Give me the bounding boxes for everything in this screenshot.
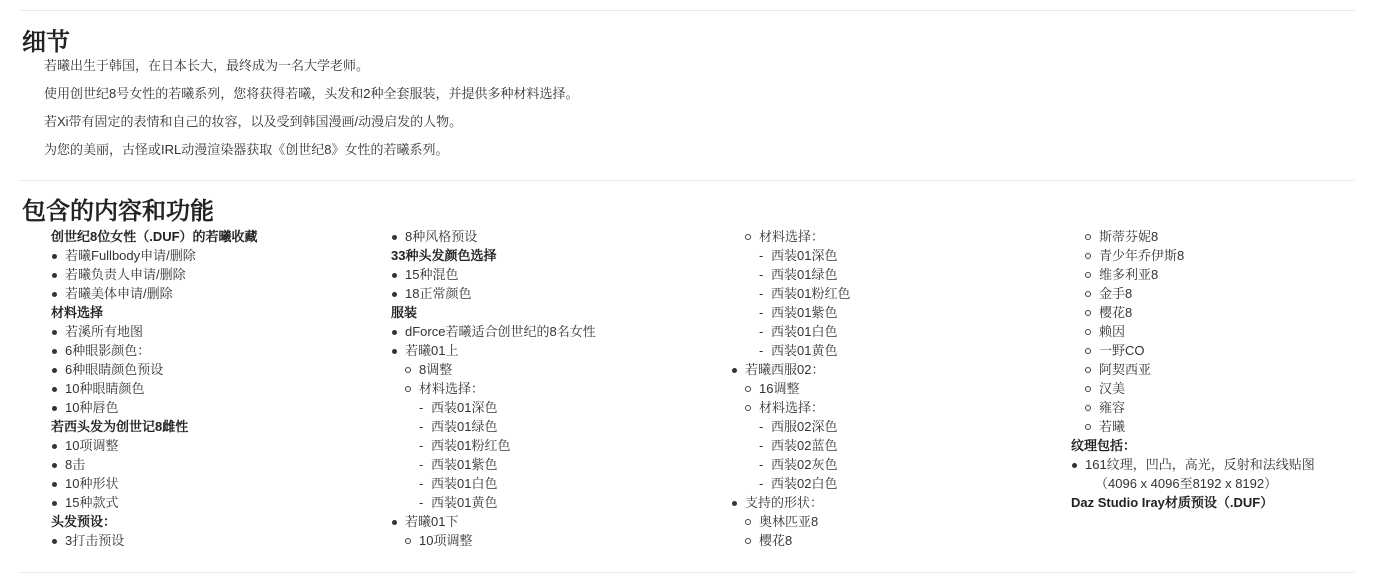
details-paragraph: 为您的美丽，古怪或IRL动漫渲染器获取《创世纪8》女性的若曦系列。 — [44, 141, 448, 159]
list-item: 6种眼睛颜色预设 — [51, 360, 381, 379]
sub-list-item: 樱花8 — [1071, 303, 1371, 322]
details-paragraph: 使用创世纪8号女性的若曦系列，您将获得若曦，头发和2种全套服装，并提供多种材料选… — [44, 85, 578, 103]
dash-list-item: -西装01紫色 — [731, 303, 1061, 322]
list-item: 10种眼睛颜色 — [51, 379, 381, 398]
dash-list-item: -西装01深色 — [391, 398, 721, 417]
sub-list-item: 斯蒂芬妮8 — [1071, 227, 1371, 246]
sub-list-item: 樱花8 — [731, 531, 1061, 550]
dash-marker: - — [759, 284, 763, 303]
dash-item-text: 西装01深色 — [759, 248, 837, 263]
list-heading: 服装 — [391, 303, 721, 322]
dash-list-item: -西装02蓝色 — [731, 436, 1061, 455]
sub-list-item: 16调整 — [731, 379, 1061, 398]
dash-list-item: -西装01白色 — [391, 474, 721, 493]
list-heading: 头发预设： — [51, 512, 381, 531]
list-item: 若曦01下 — [391, 512, 721, 531]
sub-list-item: 雍容 — [1071, 398, 1371, 417]
top-divider — [20, 10, 1355, 11]
sub-list-item: 赖因 — [1071, 322, 1371, 341]
dash-item-text: 西装01粉红色 — [419, 438, 510, 453]
list-item: 8击 — [51, 455, 381, 474]
list-item-continuation: （4096 x 4096至8192 x 8192） — [1071, 474, 1371, 493]
list-heading: 33种头发颜色选择 — [391, 246, 721, 265]
dash-marker: - — [419, 493, 423, 512]
contents-column-2: 8种风格预设33种头发颜色选择15种混色18正常颜色服装dForce若曦适合创世… — [391, 227, 721, 550]
dash-item-text: 西装01紫色 — [759, 305, 837, 320]
dash-marker: - — [419, 436, 423, 455]
list-item: 若溪所有地图 — [51, 322, 381, 341]
dash-item-text: 西装01绿色 — [759, 267, 837, 282]
list-item: 支持的形状： — [731, 493, 1061, 512]
dash-list-item: -西装01绿色 — [731, 265, 1061, 284]
dash-marker: - — [759, 455, 763, 474]
list-heading: 材料选择 — [51, 303, 381, 322]
dash-list-item: -西装01白色 — [731, 322, 1061, 341]
list-item: 若曦西服02： — [731, 360, 1061, 379]
sub-list-item: 维多利亚8 — [1071, 265, 1371, 284]
list-item: 18正常颜色 — [391, 284, 721, 303]
dash-list-item: -西装01紫色 — [391, 455, 721, 474]
dash-marker: - — [419, 474, 423, 493]
dash-list-item: -西装01粉红色 — [391, 436, 721, 455]
dash-item-text: 西装01白色 — [419, 476, 497, 491]
dash-list-item: -西装02灰色 — [731, 455, 1061, 474]
dash-item-text: 西装01黄色 — [419, 495, 497, 510]
sub-list-item: 奥林匹亚8 — [731, 512, 1061, 531]
dash-list-item: -西装01深色 — [731, 246, 1061, 265]
sub-list-item: 若曦 — [1071, 417, 1371, 436]
list-heading: Daz Studio Iray材质预设（.DUF） — [1071, 493, 1371, 512]
list-item: 若曦01上 — [391, 341, 721, 360]
dash-item-text: 西装02灰色 — [759, 457, 837, 472]
contents-heading: 包含的内容和功能 — [22, 197, 214, 227]
dash-marker: - — [759, 436, 763, 455]
list-item: 若曦Fullbody申请/删除 — [51, 246, 381, 265]
dash-item-text: 西服02深色 — [759, 419, 837, 434]
bottom-divider — [20, 572, 1355, 573]
sub-list-item: 材料选择： — [391, 379, 721, 398]
sub-list-item: 一野CO — [1071, 341, 1371, 360]
list-item: 10种唇色 — [51, 398, 381, 417]
list-item: 3打击预设 — [51, 531, 381, 550]
dash-marker: - — [759, 322, 763, 341]
dash-item-text: 西装01绿色 — [419, 419, 497, 434]
contents-column-4: 斯蒂芬妮8青少年乔伊斯8维多利亚8金手8樱花8赖因一野CO阿契西亚汉美雍容若曦纹… — [1071, 227, 1371, 512]
dash-marker: - — [419, 398, 423, 417]
dash-marker: - — [759, 303, 763, 322]
list-heading: 若西头发为创世记8雌性 — [51, 417, 381, 436]
dash-marker: - — [759, 341, 763, 360]
sub-list-item: 金手8 — [1071, 284, 1371, 303]
list-item: 若曦负责人申请/删除 — [51, 265, 381, 284]
list-heading: 纹理包括： — [1071, 436, 1371, 455]
list-item: 6种眼影颜色： — [51, 341, 381, 360]
contents-column-3: 材料选择：-西装01深色-西装01绿色-西装01粉红色-西装01紫色-西装01白… — [731, 227, 1061, 550]
dash-list-item: -西装01绿色 — [391, 417, 721, 436]
dash-marker: - — [419, 455, 423, 474]
sub-list-item: 青少年乔伊斯8 — [1071, 246, 1371, 265]
contents-column-1: 创世纪8位女性（.DUF）的若曦收藏若曦Fullbody申请/删除若曦负责人申请… — [51, 227, 381, 550]
dash-marker: - — [759, 265, 763, 284]
dash-item-text: 西装01紫色 — [419, 457, 497, 472]
dash-item-text: 西装01深色 — [419, 400, 497, 415]
dash-list-item: -西装01粉红色 — [731, 284, 1061, 303]
list-item: 10项调整 — [51, 436, 381, 455]
dash-marker: - — [759, 417, 763, 436]
dash-list-item: -西服02深色 — [731, 417, 1061, 436]
list-item: 若曦美体申请/删除 — [51, 284, 381, 303]
details-paragraph: 若曦出生于韩国，在日本长大，最终成为一名大学老师。 — [44, 57, 369, 75]
sub-list-item: 材料选择： — [731, 398, 1061, 417]
dash-marker: - — [759, 246, 763, 265]
dash-list-item: -西装01黄色 — [731, 341, 1061, 360]
sub-list-item: 8调整 — [391, 360, 721, 379]
dash-item-text: 西装01粉红色 — [759, 286, 850, 301]
list-item: 8种风格预设 — [391, 227, 721, 246]
sub-list-item: 阿契西亚 — [1071, 360, 1371, 379]
list-item: 161纹理，凹凸，高光，反射和法线贴图 — [1071, 455, 1371, 474]
details-heading: 细节 — [22, 28, 70, 58]
dash-item-text: 西装02白色 — [759, 476, 837, 491]
section-divider — [20, 180, 1355, 181]
sub-list-item: 10项调整 — [391, 531, 721, 550]
list-item: 15种混色 — [391, 265, 721, 284]
list-heading: 创世纪8位女性（.DUF）的若曦收藏 — [51, 227, 381, 246]
list-item: 10种形状 — [51, 474, 381, 493]
details-paragraph: 若Xi带有固定的表情和自己的妆容，以及受到韩国漫画/动漫启发的人物。 — [44, 113, 462, 131]
dash-item-text: 西装01白色 — [759, 324, 837, 339]
dash-marker: - — [759, 474, 763, 493]
dash-marker: - — [419, 417, 423, 436]
list-item: 15种款式 — [51, 493, 381, 512]
list-item: dForce若曦适合创世纪的8名女性 — [391, 322, 721, 341]
dash-item-text: 西装02蓝色 — [759, 438, 837, 453]
dash-list-item: -西装01黄色 — [391, 493, 721, 512]
dash-item-text: 西装01黄色 — [759, 343, 837, 358]
dash-list-item: -西装02白色 — [731, 474, 1061, 493]
sub-list-item: 汉美 — [1071, 379, 1371, 398]
sub-list-item: 材料选择： — [731, 227, 1061, 246]
